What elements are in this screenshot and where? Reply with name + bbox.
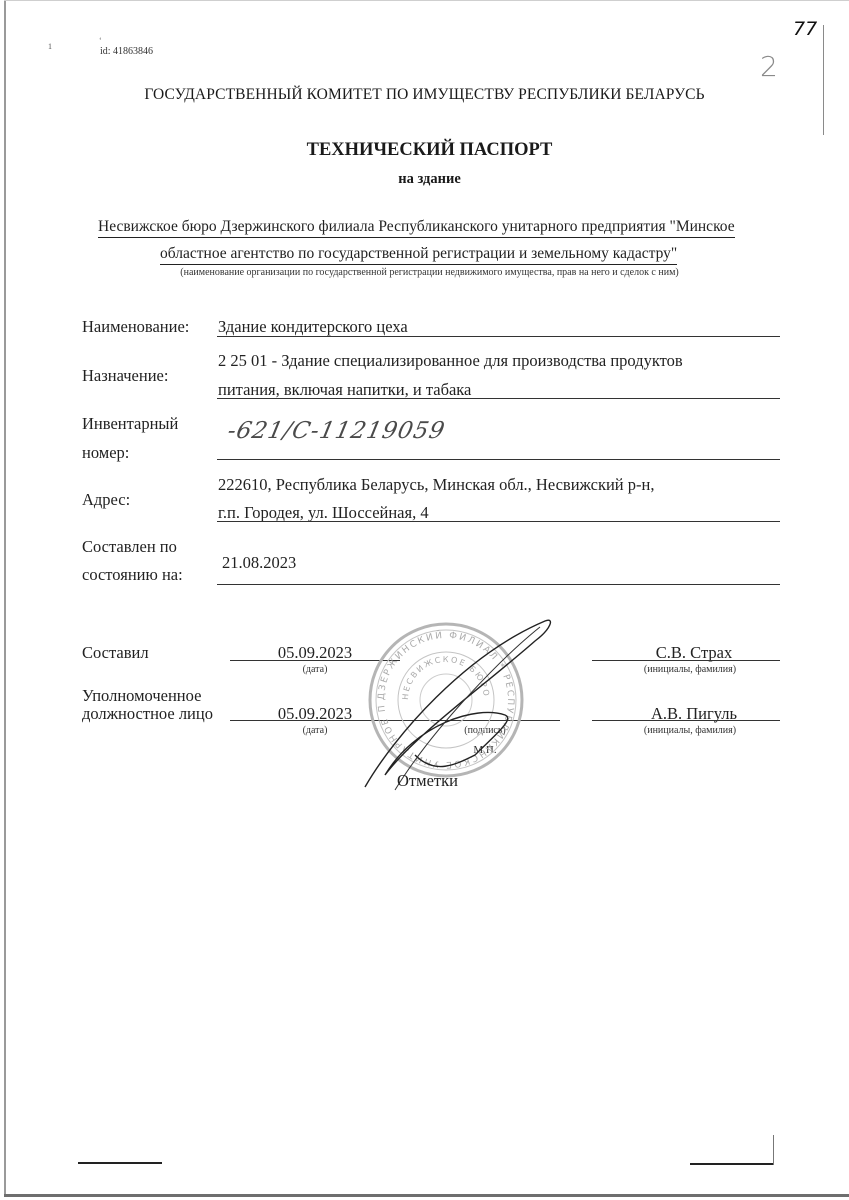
organization-line-1: Несвижское бюро Дзержинского филиала Рес… xyxy=(98,218,735,238)
organization-line-2: областное агентство по государственной р… xyxy=(160,245,677,265)
name-underline xyxy=(217,336,780,337)
footer-line-right xyxy=(690,1163,774,1165)
page-subtitle: на здание xyxy=(0,171,849,188)
inventory-label-line-1: Инвентарный xyxy=(82,414,178,434)
authorized-name-underline xyxy=(592,720,780,721)
purpose-value-line-2: питания, включая напитки, и табака xyxy=(218,380,471,400)
issuing-committee: ГОСУДАРСТВЕННЫЙ КОМИТЕТ ПО ИМУЩЕСТВУ РЕС… xyxy=(0,86,849,104)
authorized-name-caption: (инициалы, фамилия) xyxy=(600,725,780,736)
page-edge-bottom xyxy=(4,1194,849,1197)
compiled-by-label: Составил xyxy=(82,643,149,663)
inventory-label-line-2: номер: xyxy=(82,443,129,463)
footer-corner-mark xyxy=(773,1135,774,1165)
name-label: Наименование: xyxy=(82,317,189,337)
address-underline xyxy=(217,521,780,522)
purpose-underline xyxy=(217,398,780,399)
authorized-person-label-line-1: Уполномоченное xyxy=(82,686,201,706)
inventory-number-handwritten: -621/C-11219059 xyxy=(225,418,447,444)
compiled-name-underline xyxy=(592,660,780,661)
page-title: ТЕХНИЧЕСКИЙ ПАСПОРТ xyxy=(0,140,849,161)
compiled-name-caption: (инициалы, фамилия) xyxy=(600,664,780,675)
notes-label: Отметки xyxy=(397,771,458,791)
authorized-name: А.В. Пигуль xyxy=(610,704,778,724)
address-value-line-1: 222610, Республика Беларусь, Минская обл… xyxy=(218,475,654,495)
handwritten-page-number: 77 xyxy=(793,18,817,40)
state-date-label-line-1: Составлен по xyxy=(82,537,177,557)
purpose-label: Назначение: xyxy=(82,366,168,386)
document-id: id: 41863846 xyxy=(100,46,153,57)
state-date-underline xyxy=(217,584,780,585)
inventory-underline xyxy=(217,459,780,460)
signature-scribble xyxy=(355,615,565,795)
address-value-line-2: г.п. Городея, ул. Шоссейная, 4 xyxy=(218,503,429,523)
state-date-value: 21.08.2023 xyxy=(222,553,296,573)
purpose-value-line-1: 2 25 01 - Здание специализированное для … xyxy=(218,351,683,371)
page-edge-right xyxy=(823,25,824,135)
state-date-label-line-2: состоянию на: xyxy=(82,565,183,585)
address-label: Адрес: xyxy=(82,490,130,510)
footer-line-left xyxy=(78,1162,162,1164)
corner-mark: 1 xyxy=(48,42,52,51)
handwritten-sheet-number: 2 xyxy=(760,50,778,83)
page-edge-top xyxy=(4,0,849,1)
authorized-person-label-line-2: должностное лицо xyxy=(82,704,213,724)
corner-mark: ‘ xyxy=(99,36,102,45)
organization-caption: (наименование организации по государстве… xyxy=(0,267,849,278)
name-value: Здание кондитерского цеха xyxy=(218,317,408,337)
